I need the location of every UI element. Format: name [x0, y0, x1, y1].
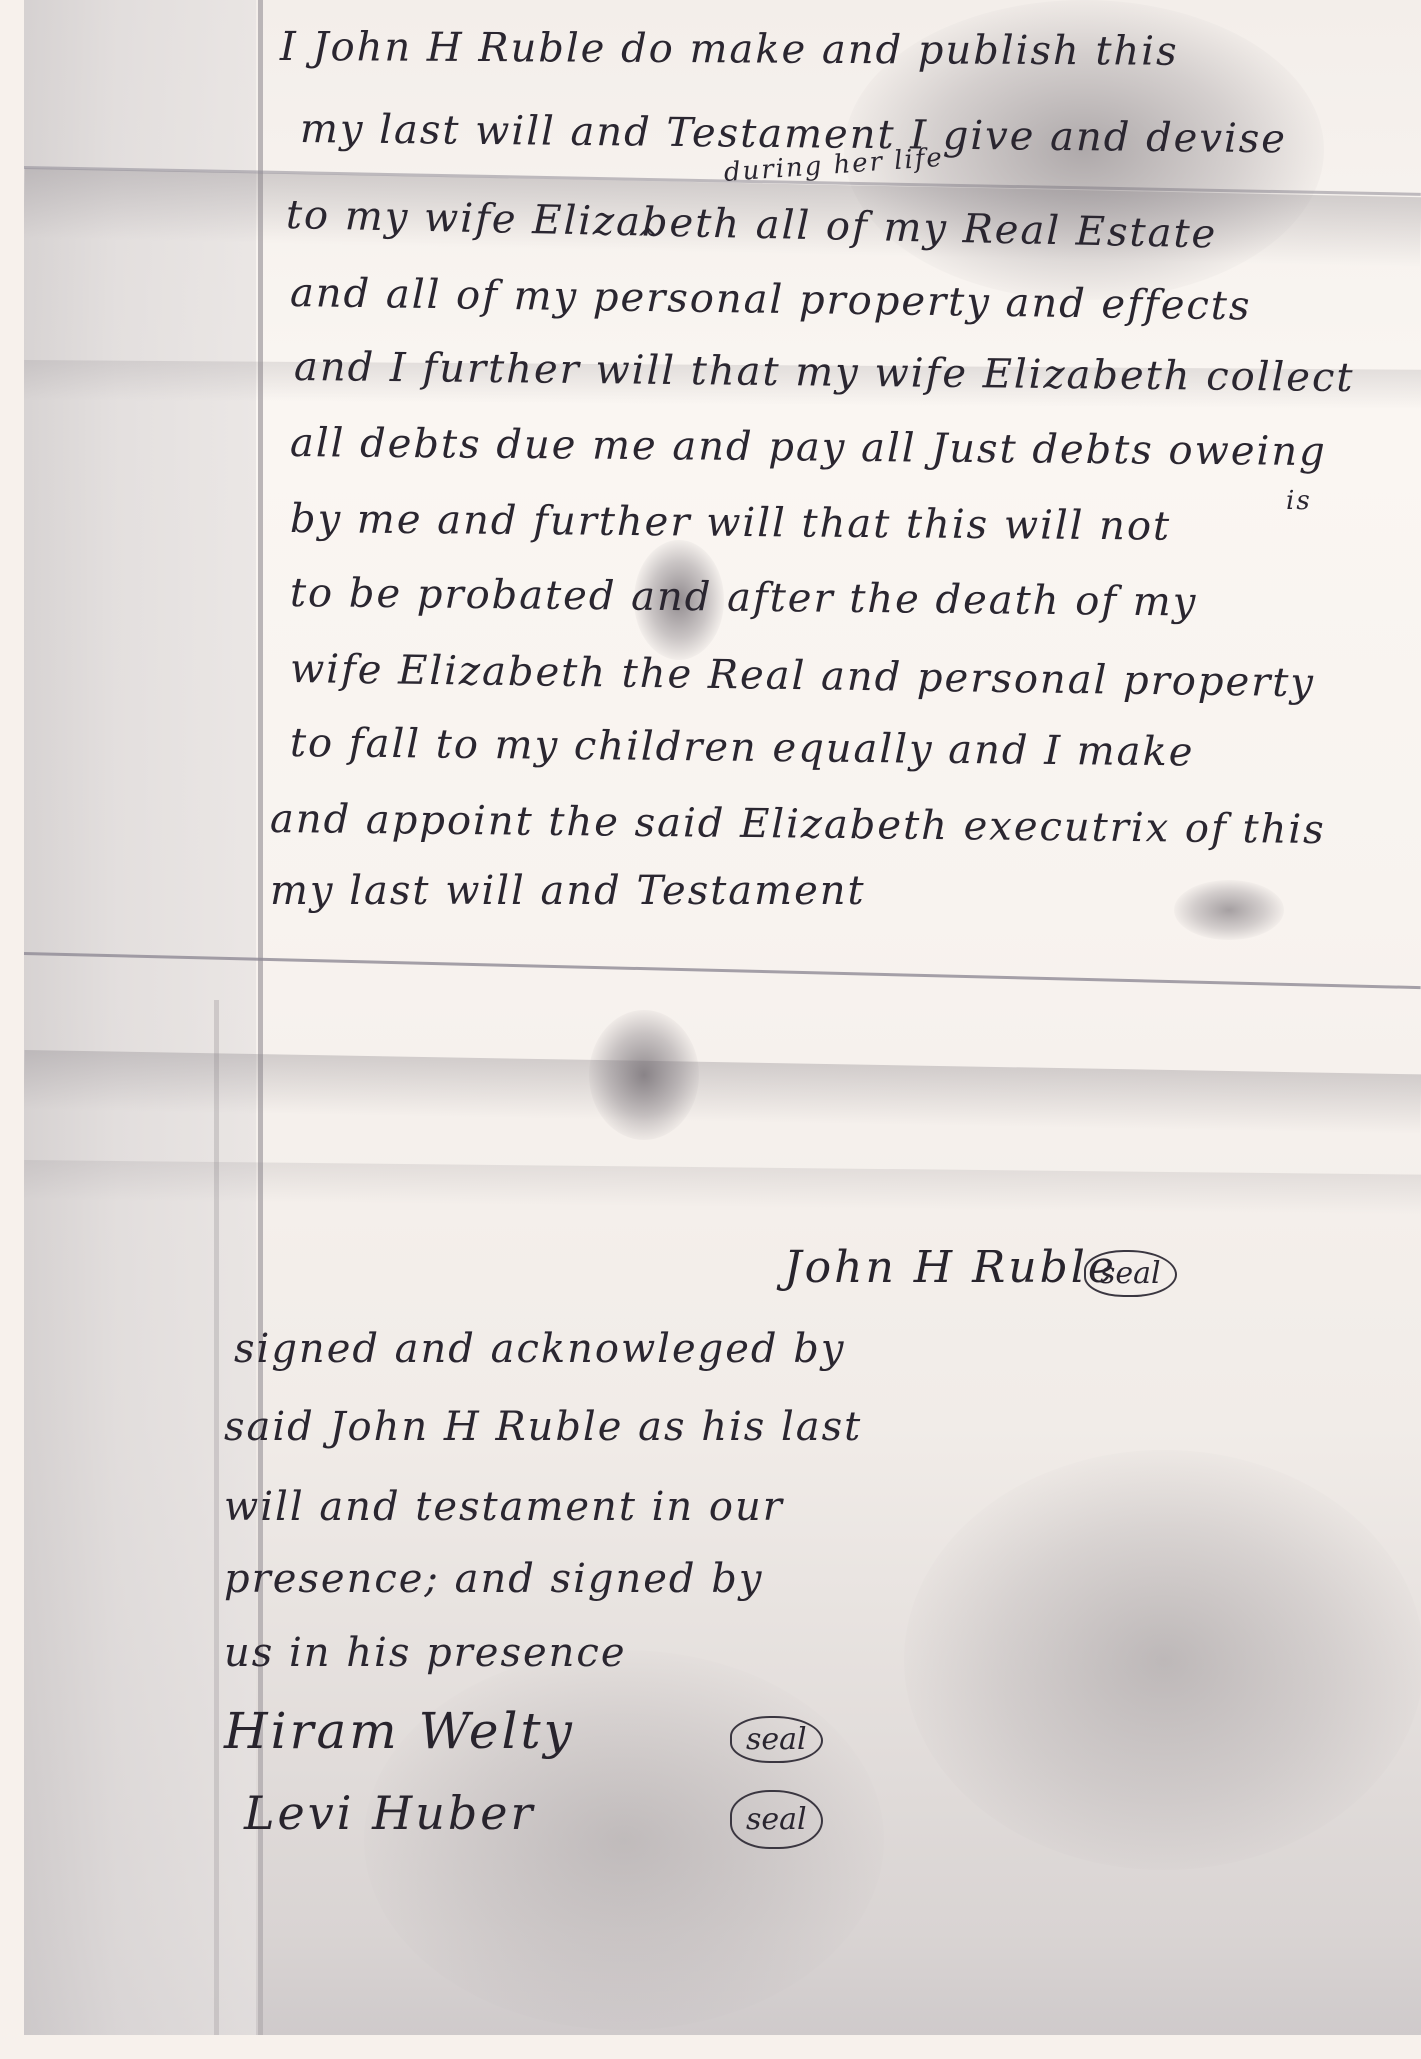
ink-blot-right: [1174, 880, 1284, 940]
left-margin-shading: [24, 0, 256, 2035]
will-line-7: by me and further will that this will no…: [290, 496, 1171, 550]
testator-signature: John H Ruble: [784, 1242, 1117, 1293]
ink-stain-middle: [589, 1010, 699, 1140]
will-line-8: to be probated and after the death of my: [290, 570, 1198, 625]
scan-bottom-border: [0, 2035, 1421, 2059]
witness-seal-1: seal: [730, 1716, 823, 1763]
attestation-line-2: said John H Ruble as his last: [224, 1404, 862, 1450]
inner-margin-line: [214, 1000, 219, 2035]
will-line-6: all debts due me and pay all Just debts …: [290, 420, 1327, 475]
will-line-1: I John H Ruble do make and publish this: [280, 24, 1179, 75]
will-line-9: wife Elizabeth the Real and personal pro…: [290, 646, 1316, 706]
will-line-10: to fall to my children equally and I mak…: [290, 720, 1195, 775]
attestation-line-3: will and testament in our: [224, 1484, 784, 1530]
attestation-line-1: signed and acknowleged by: [234, 1326, 845, 1372]
insertion-is: is: [1286, 486, 1312, 516]
witness-signature-levi-huber: Levi Huber: [244, 1786, 536, 1840]
testator-seal: seal: [1084, 1250, 1177, 1297]
attestation-line-5: us in his presence: [224, 1630, 627, 1676]
witness-seal-2: seal: [730, 1790, 823, 1849]
attestation-line-4: presence; and signed by: [224, 1556, 763, 1602]
will-line-12: my last will and Testament: [270, 868, 866, 914]
document-page: I John H Ruble do make and publish this …: [24, 0, 1421, 2035]
will-line-11: and appoint the said Elizabeth executrix…: [270, 796, 1326, 853]
water-stain-bottom: [904, 1450, 1421, 1870]
witness-signature-hiram-welty: Hiram Welty: [224, 1702, 575, 1760]
